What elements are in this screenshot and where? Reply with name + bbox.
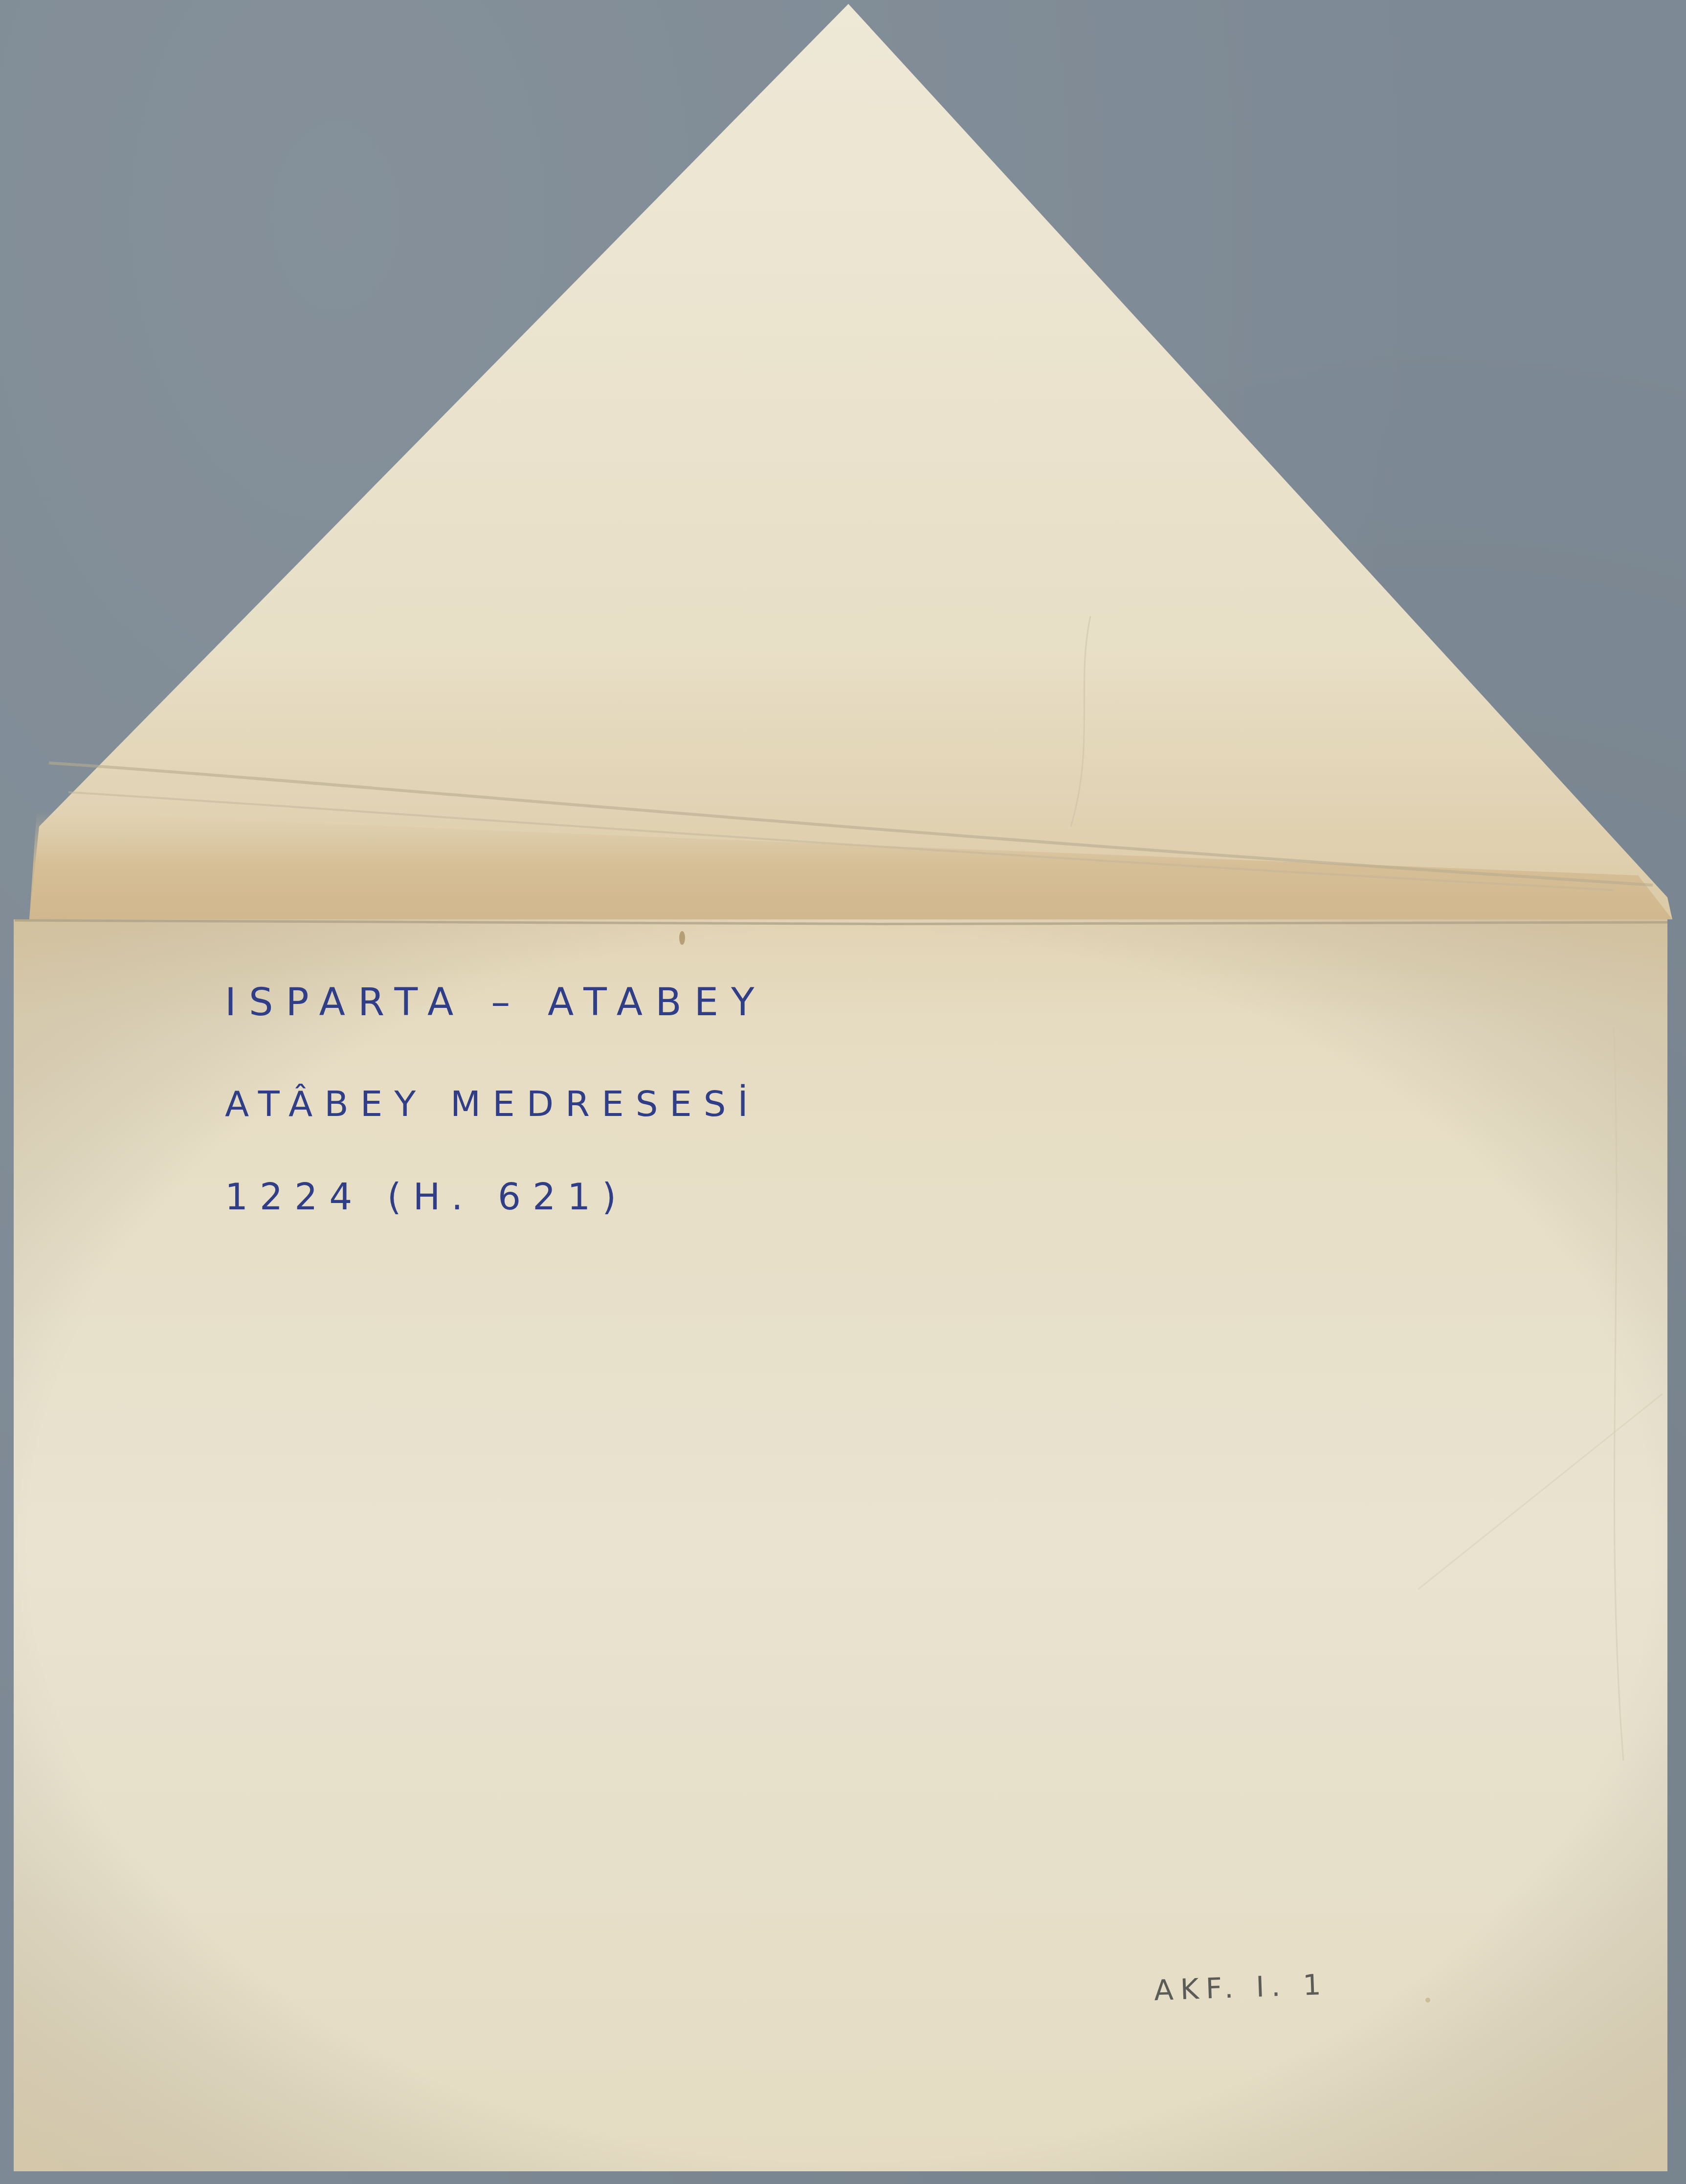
envelope-flap xyxy=(29,4,1672,919)
label-line-building: ATÂBEY MEDRESESİ xyxy=(225,1083,760,1124)
label-line-date: 1224 (H. 621) xyxy=(225,1176,628,1218)
archive-reference-note: AKF. I. 1 xyxy=(1154,1968,1329,2007)
label-line-location: ISPARTA – ATABEY xyxy=(225,981,767,1025)
